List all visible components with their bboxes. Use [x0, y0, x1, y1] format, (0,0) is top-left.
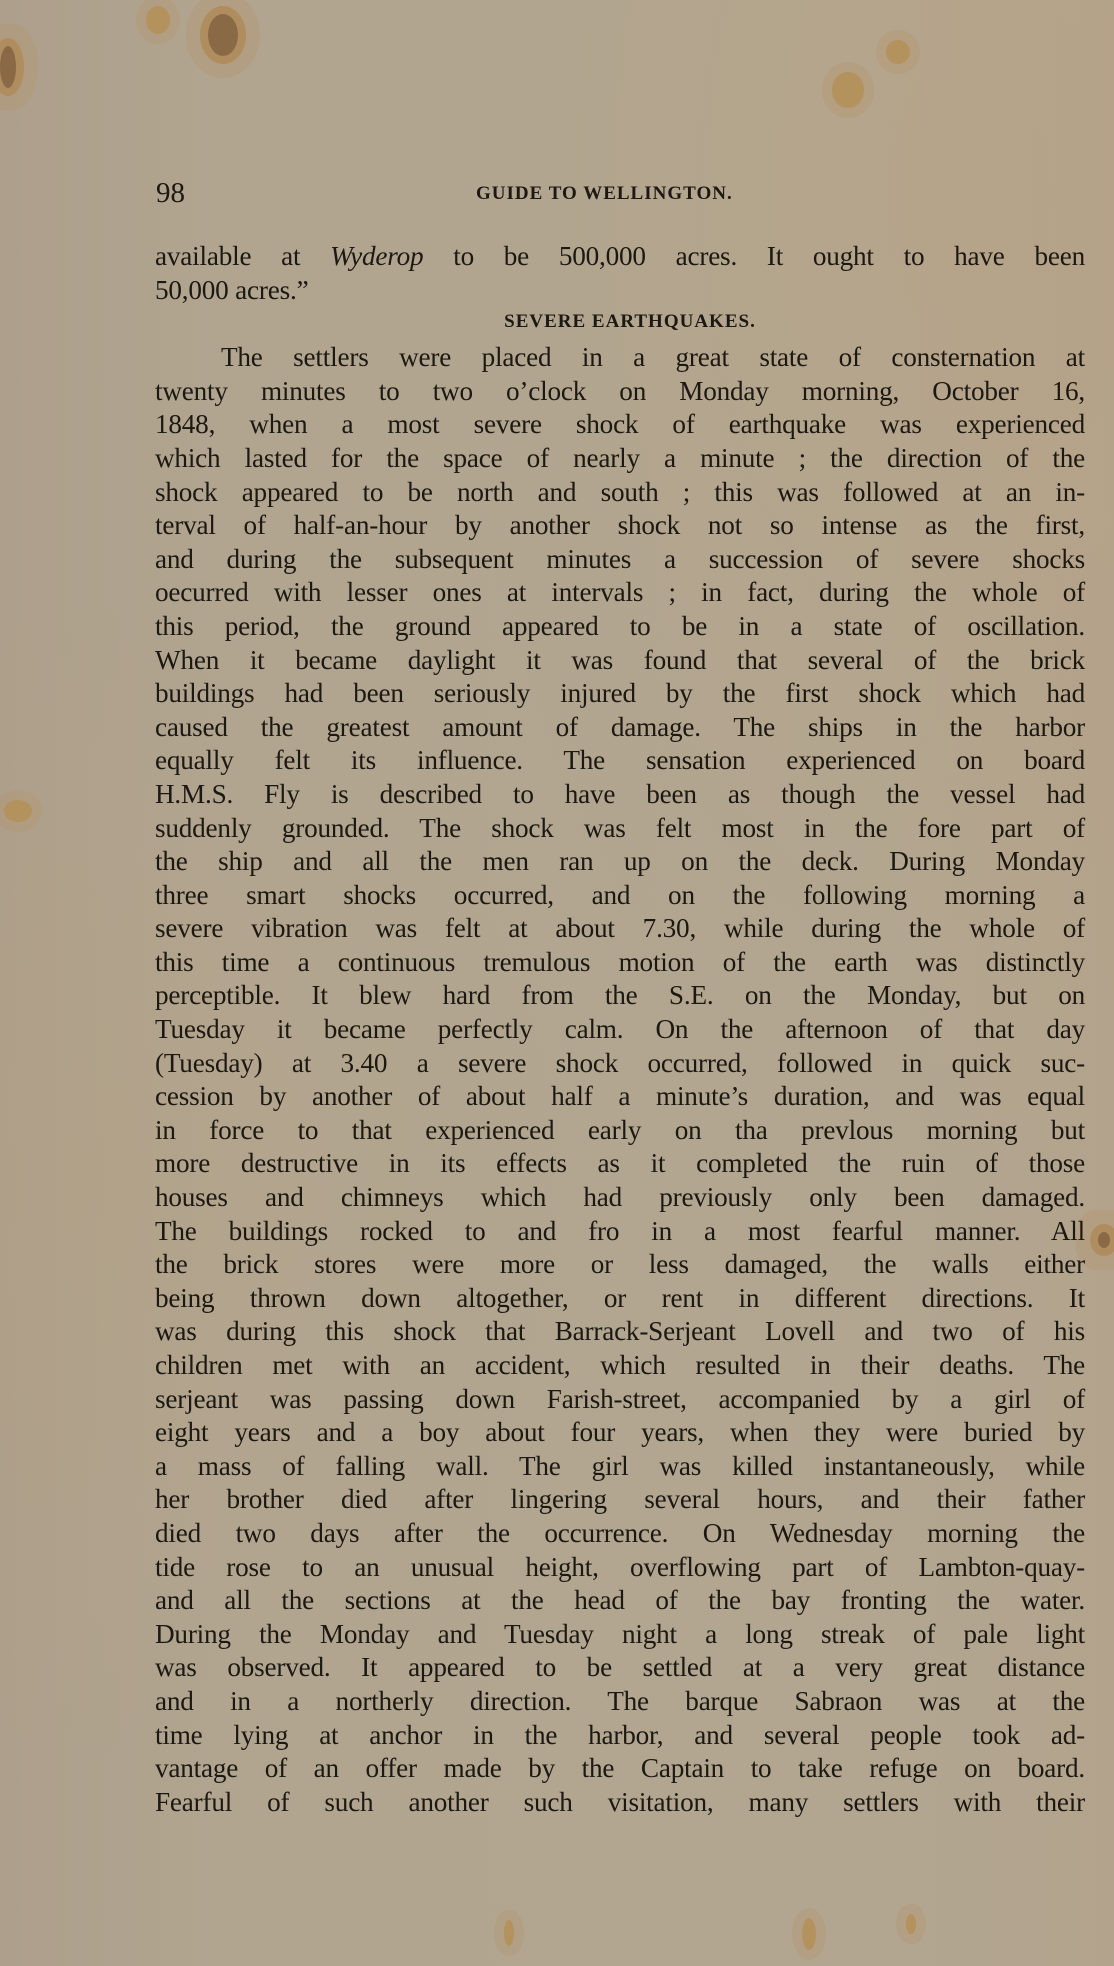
text-line: this time a continuous tremulous motion … — [155, 946, 1085, 980]
text-line: available at Wyderop to be 500,000 acres… — [155, 240, 1085, 274]
foxing-stain — [208, 14, 238, 56]
text-line: children met with an accident, which res… — [155, 1349, 1085, 1383]
text-line: 50,000 acres.” — [155, 274, 1085, 308]
text-line: and all the sections at the head of the … — [155, 1584, 1085, 1618]
text-line: suddenly grounded. The shock was felt mo… — [155, 812, 1085, 846]
text-line: H.M.S. Fly is described to have been as … — [155, 778, 1085, 812]
text-line: terval of half-an-hour by another shock … — [155, 509, 1085, 543]
text-line: and in a northerly direction. The barque… — [155, 1685, 1085, 1719]
scanned-book-page: 98 GUIDE TO WELLINGTON. available at Wyd… — [0, 0, 1114, 1966]
text-line: shock appeared to be north and south ; t… — [155, 476, 1085, 510]
foxing-stain — [1098, 1232, 1110, 1248]
text-line: time lying at anchor in the harbor, and … — [155, 1719, 1085, 1753]
text-line: more destructive in its effects as it co… — [155, 1147, 1085, 1181]
foxing-stain — [906, 1914, 916, 1934]
text-line: eight years and a boy about four years, … — [155, 1416, 1085, 1450]
text-line: perceptible. It blew hard from the S.E. … — [155, 979, 1085, 1013]
running-head: GUIDE TO WELLINGTON. — [476, 182, 733, 206]
foxing-stain — [886, 40, 910, 64]
text-line: the brick stores were more or less damag… — [155, 1248, 1085, 1282]
page-number: 98 — [156, 178, 185, 208]
section-heading: SEVERE EARTHQUAKES. — [155, 307, 1085, 341]
text-line: cession by another of about half a minut… — [155, 1080, 1085, 1114]
text-line: being thrown down altogether, or rent in… — [155, 1282, 1085, 1316]
text-line: During the Monday and Tuesday night a lo… — [155, 1618, 1085, 1652]
text-line: this period, the ground appeared to be i… — [155, 610, 1085, 644]
page-header: 98 GUIDE TO WELLINGTON. — [156, 178, 1086, 208]
text-line: houses and chimneys which had previously… — [155, 1181, 1085, 1215]
text-line: equally felt its influence. The sensatio… — [155, 744, 1085, 778]
text-line: her brother died after lingering several… — [155, 1483, 1085, 1517]
text-line: and during the subsequent minutes a succ… — [155, 543, 1085, 577]
foxing-stain — [504, 1920, 514, 1946]
text-line: The buildings rocked to and fro in a mos… — [155, 1215, 1085, 1249]
text-line: buildings had been seriously injured by … — [155, 677, 1085, 711]
text-line: the ship and all the men ran up on the d… — [155, 845, 1085, 879]
text-line: Tuesday it became perfectly calm. On the… — [155, 1013, 1085, 1047]
foxing-stain — [4, 800, 32, 822]
foxing-stain — [0, 46, 16, 88]
text-line: 1848, when a most severe shock of earthq… — [155, 408, 1085, 442]
text-line: When it became daylight it was found tha… — [155, 644, 1085, 678]
text-line: twenty minutes to two o’clock on Monday … — [155, 375, 1085, 409]
text-line: was during this shock that Barrack-Serje… — [155, 1315, 1085, 1349]
foxing-stain — [802, 1918, 816, 1950]
text-line: a mass of falling wall. The girl was kil… — [155, 1450, 1085, 1484]
text-line: Fearful of such another such visitation,… — [155, 1786, 1085, 1820]
text-line: died two days after the occurrence. On W… — [155, 1517, 1085, 1551]
text-line: tide rose to an unusual height, overflow… — [155, 1551, 1085, 1585]
text-line: vantage of an offer made by the Captain … — [155, 1752, 1085, 1786]
paragraph-first-line: The settlers were placed in a great stat… — [155, 341, 1085, 375]
foxing-stain — [146, 6, 170, 34]
text-line: which lasted for the space of nearly a m… — [155, 442, 1085, 476]
foxing-stain — [832, 72, 864, 108]
text-line: in force to that experienced early on th… — [155, 1114, 1085, 1148]
text-line: oecurred with lesser ones at intervals ;… — [155, 576, 1085, 610]
text-line: three smart shocks occurred, and on the … — [155, 879, 1085, 913]
text-line: severe vibration was felt at about 7.30,… — [155, 912, 1085, 946]
text-line: caused the greatest amount of damage. Th… — [155, 711, 1085, 745]
text-line: serjeant was passing down Farish-street,… — [155, 1383, 1085, 1417]
body-text: available at Wyderop to be 500,000 acres… — [155, 240, 1085, 1819]
text-line: was observed. It appeared to be settled … — [155, 1651, 1085, 1685]
text-line: (Tuesday) at 3.40 a severe shock occurre… — [155, 1047, 1085, 1081]
place-name-italic: Wyderop — [330, 241, 423, 271]
